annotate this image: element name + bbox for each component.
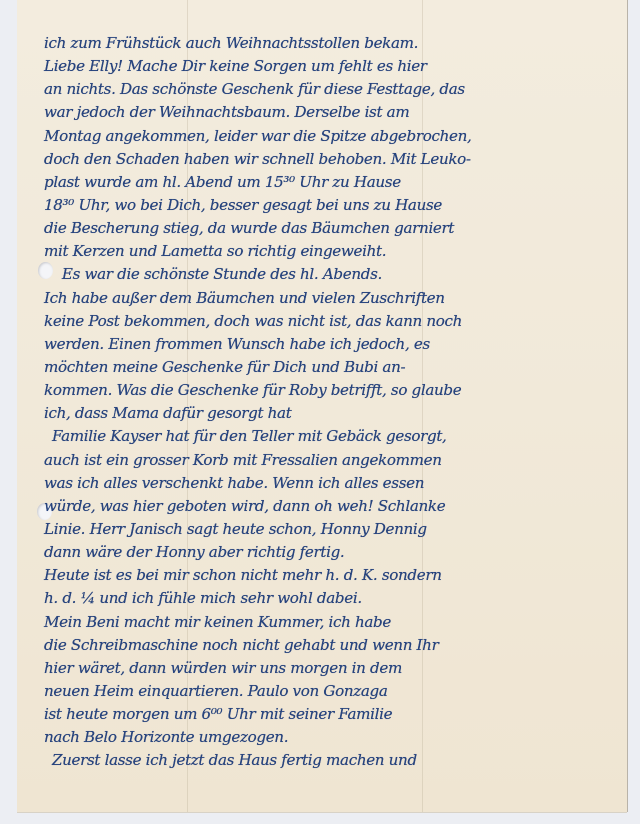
text-line: möchten meine Geschenke für Dich und Bub… [44,356,612,379]
text-line: Es war die schönste Stunde des hl. Abend… [44,263,612,286]
text-line: Montag angekommen, leider war die Spitze… [44,125,612,148]
text-line: die Bescherung stieg, da wurde das Bäumc… [44,217,612,240]
text-line: Heute ist es bei mir schon nicht mehr h.… [44,564,612,587]
text-line: an nichts. Das schönste Geschenk für die… [44,78,612,101]
text-line: 18³⁰ Uhr, wo bei Dich, besser gesagt bei… [44,194,612,217]
text-line: mit Kerzen und Lametta so richtig eingew… [44,240,612,263]
text-line: auch ist ein grosser Korb mit Fressalien… [44,449,612,472]
text-line: ich zum Frühstück auch Weihnachtsstollen… [44,32,612,55]
text-line: hier wäret, dann würden wir uns morgen i… [44,657,612,680]
text-line: keine Post bekommen, doch was nicht ist,… [44,310,612,333]
text-line: war jedoch der Weihnachtsbaum. Derselbe … [44,101,612,124]
text-line: Zuerst lasse ich jetzt das Haus fertig m… [44,749,612,772]
handwritten-text-block: ich zum Frühstück auch Weihnachtsstollen… [44,32,614,773]
text-line: neuen Heim einquartieren. Paulo von Gonz… [44,680,612,703]
text-line: ich, dass Mama dafür gesorgt hat [44,402,612,425]
text-line: Liebe Elly! Mache Dir keine Sorgen um fe… [44,55,612,78]
text-line: Ich habe außer dem Bäumchen und vielen Z… [44,287,612,310]
text-line: kommen. Was die Geschenke für Roby betri… [44,379,612,402]
text-line: doch den Schaden haben wir schnell behob… [44,148,612,171]
text-line: h. d. ¼ und ich fühle mich sehr wohl dab… [44,587,612,610]
text-line: werden. Einen frommen Wunsch habe ich je… [44,333,612,356]
text-line: plast wurde am hl. Abend um 15³⁰ Uhr zu … [44,171,612,194]
text-line: nach Belo Horizonte umgezogen. [44,726,612,749]
text-line: ist heute morgen um 6⁰⁰ Uhr mit seiner F… [44,703,612,726]
text-line: würde, was hier geboten wird, dann oh we… [44,495,612,518]
text-line: dann wäre der Honny aber richtig fertig. [44,541,612,564]
text-line: Mein Beni macht mir keinen Kummer, ich h… [44,611,612,634]
letter-sheet: ich zum Frühstück auch Weihnachtsstollen… [17,0,627,812]
text-line: die Schreibmaschine noch nicht gehabt un… [44,634,612,657]
text-line: Linie. Herr Janisch sagt heute schon, Ho… [44,518,612,541]
text-line: Familie Kayser hat für den Teller mit Ge… [44,425,612,448]
text-line: was ich alles verschenkt habe. Wenn ich … [44,472,612,495]
